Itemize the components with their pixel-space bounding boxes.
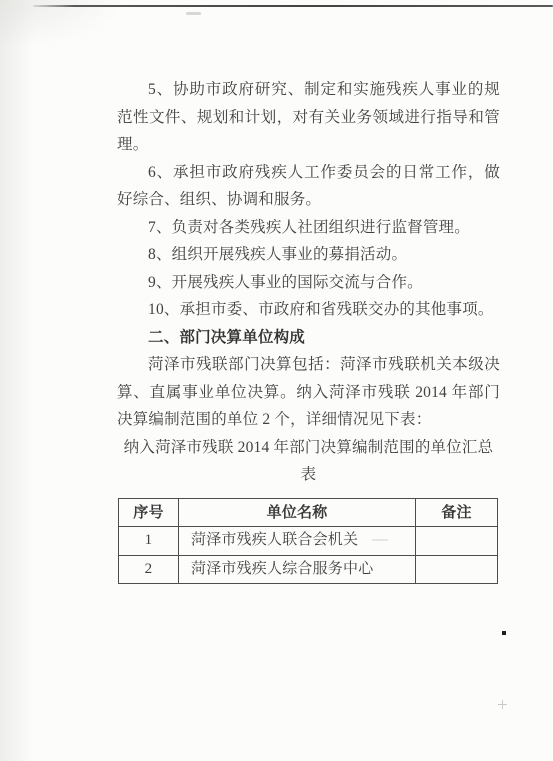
numbered-item-9: 9、开展残疾人事业的国际交流与合作。 xyxy=(117,269,500,297)
cell-index: 1 xyxy=(119,527,179,556)
document-body: 5、协助市政府研究、制定和实施残疾人事业的规范性文件、规划和计划，对有关业务领域… xyxy=(117,76,500,584)
table-title: 纳入菏泽市残联 2014 年部门决算编制范围的单位汇总表 xyxy=(117,434,500,489)
scan-artifact-smudge xyxy=(186,12,201,15)
scan-artifact-ink-speck xyxy=(502,631,506,635)
units-summary-table: 序号 单位名称 备注 1 菏泽市残疾人联合会机关 2 菏泽市残疾人综合服务中心 xyxy=(118,498,498,585)
header-cell-unit-name: 单位名称 xyxy=(179,498,416,527)
table-row: 1 菏泽市残疾人联合会机关 xyxy=(119,527,498,556)
numbered-item-8: 8、组织开展残疾人事业的募捐活动。 xyxy=(117,241,500,269)
scan-artifact-top-edge-line xyxy=(33,5,553,7)
cell-unit-name: 菏泽市残疾人联合会机关 xyxy=(179,527,416,556)
numbered-item-7: 7、负责对各类残疾人社团组织进行监督管理。 xyxy=(117,214,500,242)
cell-remark xyxy=(416,527,498,556)
numbered-item-6: 6、承担市政府残疾人工作委员会的日常工作，做好综合、组织、协调和服务。 xyxy=(117,159,500,214)
scanned-document-page: 5、协助市政府研究、制定和实施残疾人事业的规范性文件、规划和计划，对有关业务领域… xyxy=(0,0,553,761)
scan-artifact-plus-mark xyxy=(498,700,507,709)
table-row: 2 菏泽市残疾人综合服务中心 xyxy=(119,555,498,584)
cell-index: 2 xyxy=(119,555,179,584)
section-heading: 二、部门决算单位构成 xyxy=(117,324,500,352)
header-cell-remark: 备注 xyxy=(416,498,498,527)
cell-unit-name: 菏泽市残疾人综合服务中心 xyxy=(179,555,416,584)
table-header-row: 序号 单位名称 备注 xyxy=(119,498,498,527)
header-cell-index: 序号 xyxy=(119,498,179,527)
cell-remark xyxy=(416,555,498,584)
numbered-item-5: 5、协助市政府研究、制定和实施残疾人事业的规范性文件、规划和计划，对有关业务领域… xyxy=(117,76,500,159)
section-body-paragraph: 菏泽市残联部门决算包括：菏泽市残联机关本级决算、直属事业单位决算。纳入菏泽市残联… xyxy=(117,351,500,434)
numbered-item-10: 10、承担市委、市政府和省残联交办的其他事项。 xyxy=(117,296,500,324)
scan-artifact-left-shade xyxy=(0,0,34,761)
